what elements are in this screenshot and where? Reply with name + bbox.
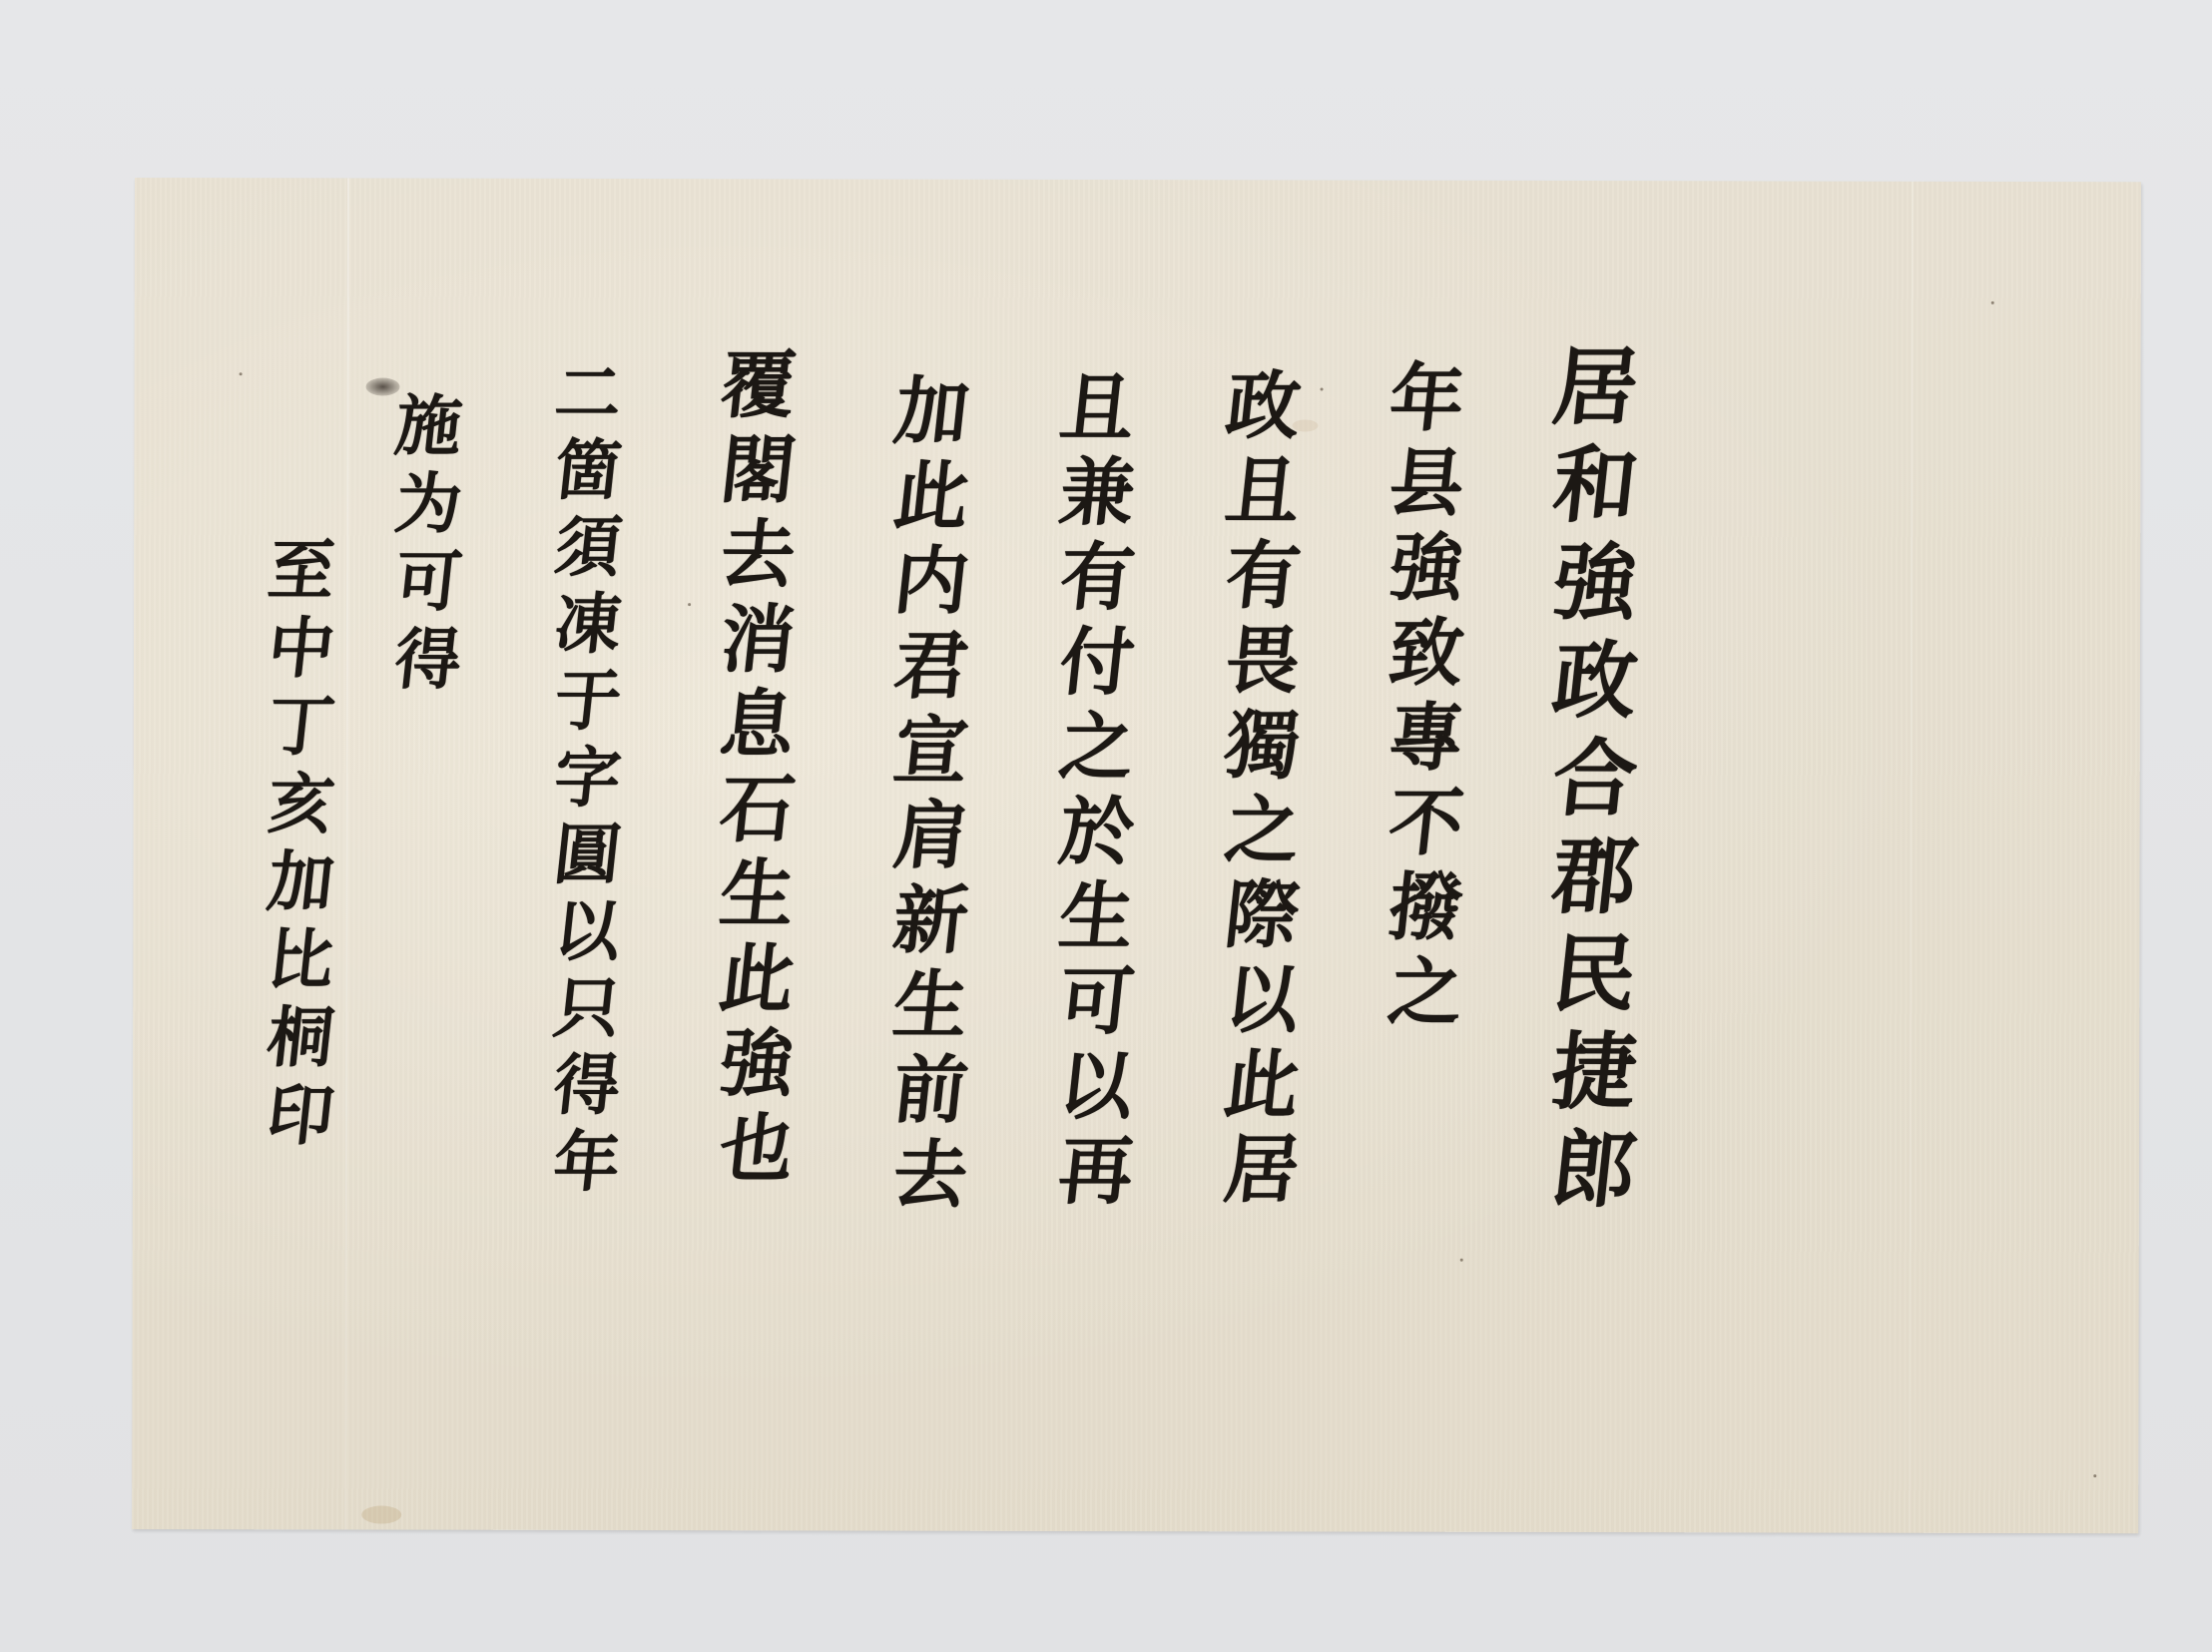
glyph: 可 xyxy=(1055,965,1137,1039)
paper-speck xyxy=(240,372,243,375)
glyph: 年 xyxy=(1386,362,1468,436)
text-column-1: 居 和 強 政 合 郡 民 捷 郎 xyxy=(1552,345,1638,1226)
glyph: 之 xyxy=(1056,711,1138,785)
text-column-4: 且 兼 有 付 之 於 生 可 以 再 xyxy=(1059,371,1135,1220)
glyph: 專 xyxy=(1385,702,1467,776)
glyph: 年 xyxy=(550,1129,623,1195)
glyph: 以 xyxy=(551,898,624,964)
glyph: 去 xyxy=(889,1139,971,1213)
glyph: 于 xyxy=(551,668,624,734)
text-column-3: 政 且 有 畏 獨 之 際 以 此 居 xyxy=(1225,369,1301,1218)
glyph: 有 xyxy=(1056,541,1138,615)
glyph: 強 xyxy=(716,1027,798,1101)
glyph: 兼 xyxy=(1056,456,1138,530)
glyph: 县 xyxy=(1385,447,1467,521)
glyph: 只 xyxy=(551,975,624,1041)
glyph: 和 xyxy=(1549,443,1642,527)
glyph: 民 xyxy=(1548,932,1641,1016)
glyph: 郡 xyxy=(1548,834,1641,918)
glyph: 合 xyxy=(1548,737,1641,821)
glyph: 撥 xyxy=(1385,871,1467,945)
glyph: 強 xyxy=(1385,532,1467,606)
glyph: 箇 xyxy=(552,437,625,503)
glyph: 前 xyxy=(889,1054,971,1128)
text-column-6: 覆 閣 去 消 息 石 生 此 強 也 xyxy=(720,348,796,1197)
glyph: 付 xyxy=(1056,626,1138,700)
glyph: 丁 xyxy=(265,693,337,759)
glyph: 加 xyxy=(891,375,973,449)
glyph: 畏 xyxy=(1222,624,1304,698)
ink-blot xyxy=(366,377,400,395)
glyph: 新 xyxy=(889,884,971,958)
glyph: 生 xyxy=(717,857,799,931)
glyph: 於 xyxy=(1056,796,1138,869)
glyph: 宣 xyxy=(890,715,972,789)
paper-speck xyxy=(2093,1474,2096,1477)
glyph: 居 xyxy=(1549,345,1642,429)
glyph: 閣 xyxy=(717,433,799,507)
glyph: 石 xyxy=(717,773,799,846)
glyph: 息 xyxy=(717,688,799,762)
glyph: 郎 xyxy=(1547,1128,1640,1212)
glyph: 肩 xyxy=(890,800,972,873)
glyph: 致 xyxy=(1385,617,1467,691)
glyph: 不 xyxy=(1385,787,1467,860)
paper-speck xyxy=(1991,301,1994,304)
glyph: 覆 xyxy=(718,348,800,422)
glyph: 桐 xyxy=(265,1004,337,1070)
glyph: 中 xyxy=(265,615,337,681)
glyph: 得 xyxy=(551,1052,624,1118)
glyph: 二 xyxy=(552,360,625,426)
letter-paper: 居 和 強 政 合 郡 民 捷 郎 年 县 強 致 專 不 撥 之 政 且 有 … xyxy=(132,178,2141,1533)
glyph: 可 xyxy=(392,549,465,615)
glyph: 以 xyxy=(1221,963,1303,1037)
glyph: 为 xyxy=(392,471,465,537)
glyph: 生 xyxy=(1055,880,1137,954)
glyph: 至 xyxy=(266,537,338,603)
glyph: 且 xyxy=(1222,454,1304,528)
glyph: 獨 xyxy=(1222,709,1304,783)
glyph: 捷 xyxy=(1548,1030,1641,1114)
glyph: 以 xyxy=(1055,1050,1137,1124)
paper-speck xyxy=(688,603,691,606)
glyph: 此 xyxy=(1221,1048,1303,1122)
glyph: 之 xyxy=(1222,794,1304,867)
glyph: 強 xyxy=(1549,541,1642,625)
glyph: 消 xyxy=(717,603,799,677)
glyph: 且 xyxy=(1057,371,1139,445)
glyph: 圓 xyxy=(551,822,624,887)
glyph: 印 xyxy=(264,1082,336,1148)
glyph: 政 xyxy=(1223,369,1305,443)
glyph: 之 xyxy=(1384,956,1466,1030)
glyph: 施 xyxy=(392,393,465,459)
glyph: 得 xyxy=(391,627,464,693)
glyph: 須 xyxy=(552,514,625,580)
paper-fold-line xyxy=(344,178,349,1529)
text-column-7: 二 箇 須 凍 于 字 圓 以 只 得 年 xyxy=(554,360,622,1206)
glyph: 君 xyxy=(890,630,972,704)
glyph: 政 xyxy=(1548,639,1641,723)
signature-column: 至 中 丁 亥 加 比 桐 印 xyxy=(268,537,334,1160)
glyph: 再 xyxy=(1055,1135,1137,1209)
paper-speck xyxy=(1460,1259,1463,1262)
glyph: 加 xyxy=(265,848,337,914)
text-column-8-closing: 施 为 可 得 xyxy=(395,393,462,705)
text-column-2: 年 县 強 致 專 不 撥 之 xyxy=(1388,362,1463,1041)
paper-speck xyxy=(1321,387,1324,390)
paper-fold-line xyxy=(1909,182,1914,1533)
glyph: 比 xyxy=(265,926,337,992)
paper-stain xyxy=(361,1505,401,1523)
glyph: 凍 xyxy=(552,591,625,657)
glyph: 生 xyxy=(889,969,971,1043)
glyph: 居 xyxy=(1221,1133,1303,1207)
text-column-5: 加 此 内 君 宣 肩 新 生 前 去 xyxy=(893,375,969,1224)
glyph: 有 xyxy=(1222,539,1304,613)
glyph: 亥 xyxy=(265,771,337,836)
glyph: 際 xyxy=(1221,878,1303,952)
glyph: 此 xyxy=(716,942,798,1016)
glyph: 也 xyxy=(716,1112,798,1186)
glyph: 内 xyxy=(890,545,972,619)
glyph: 此 xyxy=(890,460,972,534)
glyph: 字 xyxy=(551,745,624,811)
glyph: 去 xyxy=(717,518,799,592)
